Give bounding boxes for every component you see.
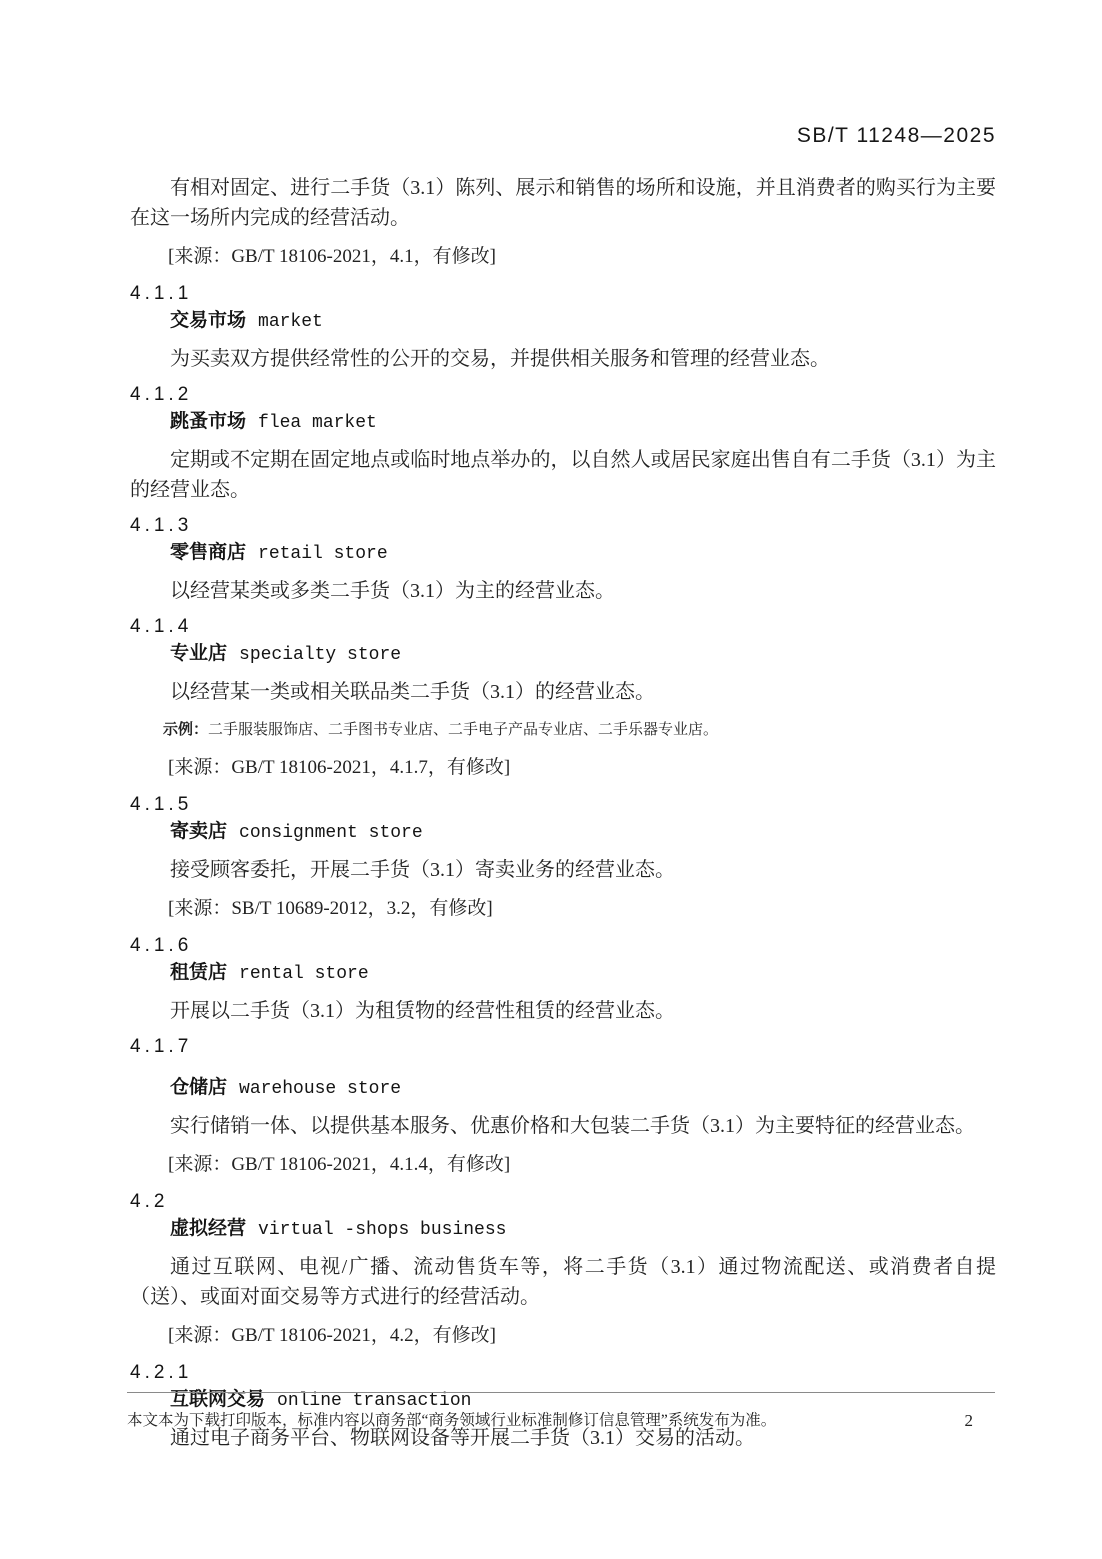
section-4-1-6: 4.1.6 租赁店 rental store 开展以二手货（3.1）为租赁物的经… [130, 933, 996, 1026]
term-chinese: 专业店 [170, 643, 227, 664]
term-english: rental store [239, 964, 369, 984]
definition-text: 定期或不定期在固定地点或临时地点举办的，以自然人或居民家庭出售自有二手货（3.1… [130, 445, 996, 505]
page-footer: 本文本为下载打印版本，标准内容以商务部“商务领域行业标准制修订信息管理”系统发布… [127, 1392, 995, 1432]
intro-block: 有相对固定、进行二手货（3.1）陈列、展示和销售的场所和设施，并且消费者的购买行… [130, 173, 996, 272]
source-line: [来源：GB/T 18106-2021，4.1.7，有修改] [130, 753, 996, 783]
section-number: 4.1.5 [130, 792, 996, 818]
term-heading: 虚拟经营 virtual -shops business [170, 1215, 996, 1244]
section-4-2: 4.2 虚拟经营 virtual -shops business 通过互联网、电… [130, 1189, 996, 1351]
term-heading: 专业店 specialty store [170, 640, 996, 669]
page-number: 2 [965, 1410, 974, 1432]
section-number: 4.2.1 [130, 1360, 996, 1386]
term-heading: 交易市场 market [170, 307, 996, 336]
document-page: SB/T 11248—2025 有相对固定、进行二手货（3.1）陈列、展示和销售… [130, 123, 996, 1461]
term-chinese: 跳蚤市场 [170, 411, 246, 432]
source-line: [来源：SB/T 10689-2012，3.2，有修改] [130, 894, 996, 924]
term-chinese: 虚拟经营 [170, 1218, 246, 1239]
term-english: specialty store [239, 645, 401, 665]
section-number: 4.2 [130, 1189, 996, 1215]
definition-text: 通过互联网、电视/广播、流动售货车等，将二手货（3.1）通过物流配送、或消费者自… [130, 1252, 996, 1312]
term-chinese: 零售商店 [170, 542, 246, 563]
section-number: 4.1.4 [130, 614, 996, 640]
footer-note: 本文本为下载打印版本，标准内容以商务部“商务领域行业标准制修订信息管理”系统发布… [127, 1410, 776, 1432]
term-english: market [258, 312, 323, 332]
source-line: [来源：GB/T 18106-2021，4.2，有修改] [130, 1321, 996, 1351]
term-english: warehouse store [239, 1079, 401, 1099]
term-english: virtual -shops business [258, 1220, 506, 1240]
source-line: [来源：GB/T 18106-2021，4.1.4，有修改] [130, 1150, 996, 1180]
definition-text: 以经营某一类或相关联品类二手货（3.1）的经营业态。 [130, 677, 996, 707]
term-english: retail store [258, 544, 388, 564]
example-text: 二手服装服饰店、二手图书专业店、二手电子产品专业店、二手乐器专业店。 [208, 722, 718, 738]
term-chinese: 寄卖店 [170, 821, 227, 842]
term-chinese: 仓储店 [170, 1077, 227, 1098]
doc-number-header: SB/T 11248—2025 [130, 123, 996, 149]
section-4-1-5: 4.1.5 寄卖店 consignment store 接受顾客委托，开展二手货… [130, 792, 996, 924]
example-label: 示例： [163, 721, 208, 738]
section-number: 4.1.1 [130, 281, 996, 307]
term-chinese: 交易市场 [170, 310, 246, 331]
section-4-1-4: 4.1.4 专业店 specialty store 以经营某一类或相关联品类二手… [130, 614, 996, 783]
section-number: 4.1.3 [130, 513, 996, 539]
term-heading: 跳蚤市场 flea market [170, 408, 996, 437]
section-4-1-3: 4.1.3 零售商店 retail store 以经营某类或多类二手货（3.1）… [130, 513, 996, 606]
intro-paragraph: 有相对固定、进行二手货（3.1）陈列、展示和销售的场所和设施，并且消费者的购买行… [130, 173, 996, 233]
definition-text: 实行储销一体、以提供基本服务、优惠价格和大包装二手货（3.1）为主要特征的经营业… [130, 1111, 996, 1141]
definition-text: 为买卖双方提供经常性的公开的交易，并提供相关服务和管理的经营业态。 [130, 344, 996, 374]
definition-text: 以经营某类或多类二手货（3.1）为主的经营业态。 [130, 576, 996, 606]
section-number: 4.1.7 [130, 1034, 996, 1060]
section-4-1-2: 4.1.2 跳蚤市场 flea market 定期或不定期在固定地点或临时地点举… [130, 382, 996, 505]
definition-text: 开展以二手货（3.1）为租赁物的经营性租赁的经营业态。 [130, 996, 996, 1026]
term-chinese: 租赁店 [170, 962, 227, 983]
term-english: flea market [258, 413, 377, 433]
section-number: 4.1.6 [130, 933, 996, 959]
section-number: 4.1.2 [130, 382, 996, 408]
section-4-1-1: 4.1.1 交易市场 market 为买卖双方提供经常性的公开的交易，并提供相关… [130, 281, 996, 374]
term-heading: 寄卖店 consignment store [170, 818, 996, 847]
definition-text: 接受顾客委托，开展二手货（3.1）寄卖业务的经营业态。 [130, 855, 996, 885]
intro-source-line: [来源：GB/T 18106-2021，4.1，有修改] [130, 242, 996, 272]
example-note: 示例：二手服装服饰店、二手图书专业店、二手电子产品专业店、二手乐器专业店。 [163, 719, 996, 741]
term-english: consignment store [239, 823, 423, 843]
term-heading: 仓储店 warehouse store [170, 1074, 996, 1103]
term-heading: 零售商店 retail store [170, 539, 996, 568]
term-heading: 租赁店 rental store [170, 959, 996, 988]
section-4-1-7: 4.1.7 仓储店 warehouse store 实行储销一体、以提供基本服务… [130, 1034, 996, 1180]
